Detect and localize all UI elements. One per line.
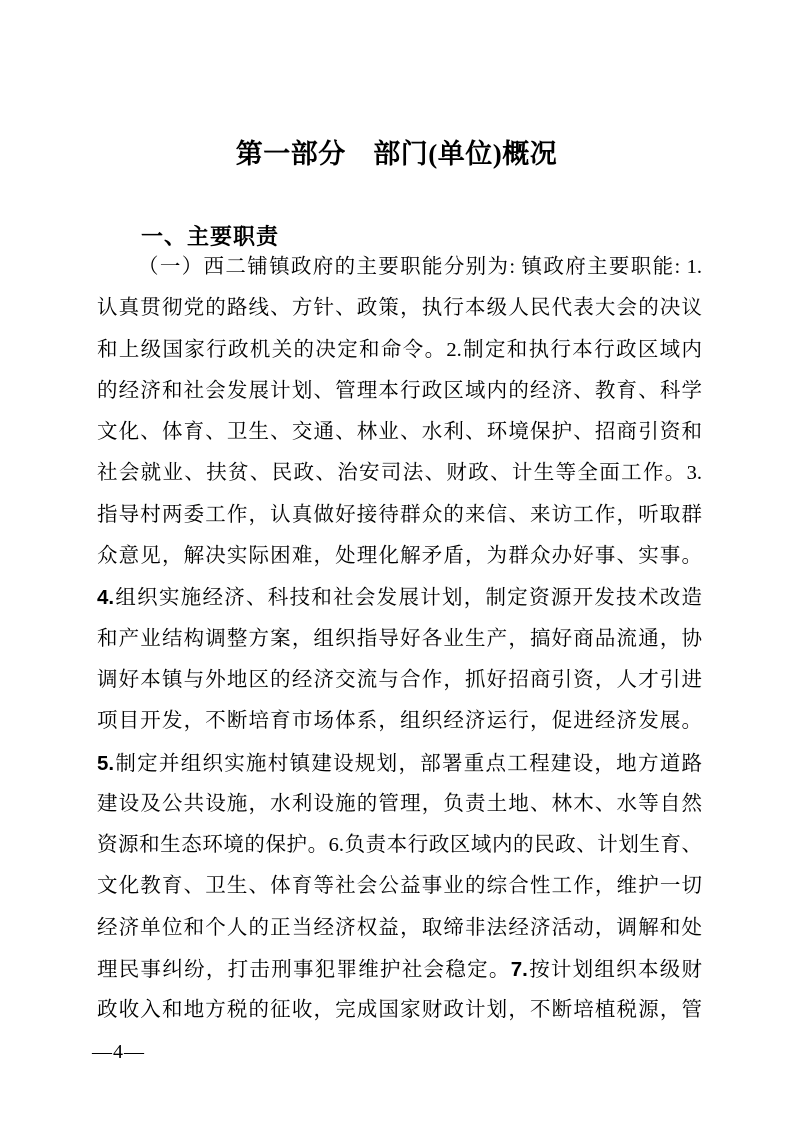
text-line: 项目开发，不断培育市场体系，组织经济运行，促进经济发展。 bbox=[97, 701, 702, 742]
text-line: 社会就业、扶贫、民政、治安司法、财政、计生等全面工作。3. bbox=[97, 453, 702, 494]
text-line: 经济单位和个人的正当经济权益，取缔非法经济活动，调解和处 bbox=[97, 908, 702, 949]
document-page: 第一部分 部门(单位)概况 一、主要职责 （一）西二铺镇政府的主要职能分别为: … bbox=[0, 0, 793, 1122]
text-line: 和产业结构调整方案，组织指导好各业生产，搞好商品流通，协 bbox=[97, 619, 702, 660]
text-line: 4.组织实施经济、科技和社会发展计划，制定资源开发技术改造 bbox=[97, 577, 702, 618]
text-line: 调好本镇与外地区的经济交流与合作，抓好招商引资，人才引进 bbox=[97, 660, 702, 701]
text-line: 文化、体育、卫生、交通、林业、水利、环境保护、招商引资和 bbox=[97, 412, 702, 453]
text-line: 资源和生态环境的保护。6.负责本行政区域内的民政、计划生育、 bbox=[97, 825, 702, 866]
document-title: 第一部分 部门(单位)概况 bbox=[0, 141, 793, 168]
text-line: 政收入和地方税的征收，完成国家财政计划，不断培植税源，管 bbox=[97, 990, 702, 1031]
section-heading: 一、主要职责 bbox=[97, 226, 702, 248]
text-line: 的经济和社会发展计划、管理本行政区域内的经济、教育、科学 bbox=[97, 371, 702, 412]
page-number: —4— bbox=[92, 1042, 145, 1062]
body-paragraph: （一）西二铺镇政府的主要职能分别为: 镇政府主要职能: 1.认真贯彻党的路线、方… bbox=[97, 247, 702, 1032]
text-line: 5.制定并组织实施村镇建设规划，部署重点工程建设，地方道路 bbox=[97, 743, 702, 784]
text-line: 指导村两委工作，认真做好接待群众的来信、来访工作，听取群 bbox=[97, 495, 702, 536]
text-line: 文化教育、卫生、体育等社会公益事业的综合性工作，维护一切 bbox=[97, 866, 702, 907]
text-line: （一）西二铺镇政府的主要职能分别为: 镇政府主要职能: 1. bbox=[97, 247, 702, 288]
text-line: 认真贯彻党的路线、方针、政策，执行本级人民代表大会的决议 bbox=[97, 288, 702, 329]
text-line: 众意见，解决实际困难，处理化解矛盾，为群众办好事、实事。 bbox=[97, 536, 702, 577]
text-line: 理民事纠纷，打击刑事犯罪维护社会稳定。7.按计划组织本级财 bbox=[97, 949, 702, 990]
text-line: 建设及公共设施，水利设施的管理，负责土地、林木、水等自然 bbox=[97, 784, 702, 825]
text-line: 和上级国家行政机关的决定和命令。2.制定和执行本行政区域内 bbox=[97, 330, 702, 371]
